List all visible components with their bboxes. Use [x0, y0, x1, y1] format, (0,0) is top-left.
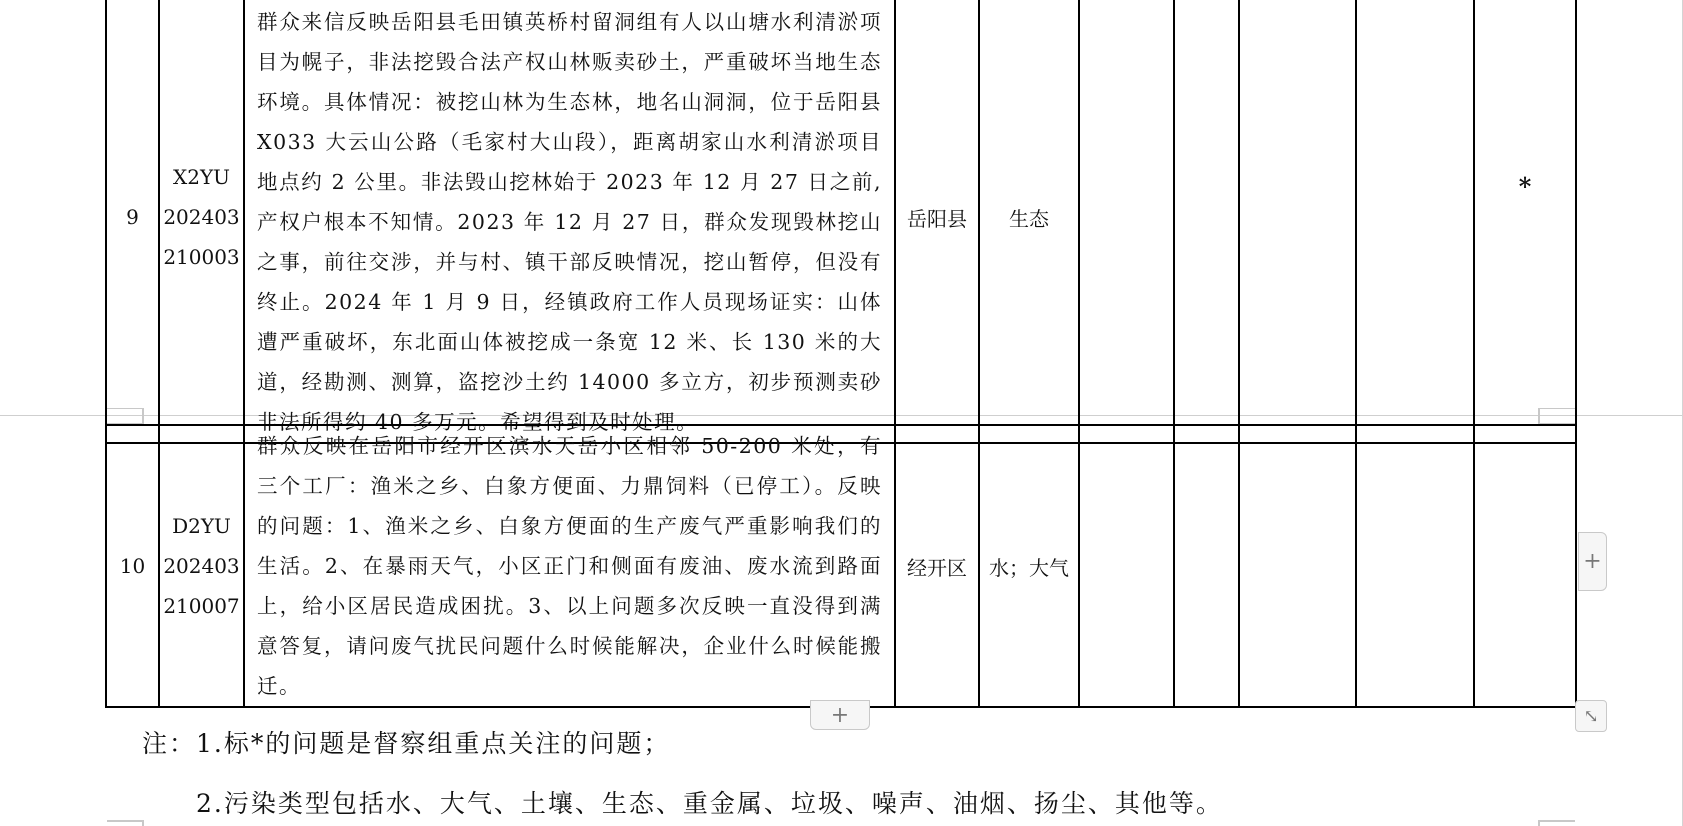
cell-empty[interactable] [1174, 0, 1239, 443]
cell-index[interactable]: 10 [106, 425, 159, 707]
page-corner-mark [1538, 820, 1575, 826]
code-line: 210007 [163, 594, 239, 618]
code-line: D2YU [172, 514, 231, 538]
issue-table-row-9: 9 X2YU202403210003 群众来信反映岳阳县毛田镇英桥村留洞组有人以… [105, 0, 1577, 444]
plus-icon: + [1583, 549, 1601, 574]
cell-district[interactable]: 岳阳县 [895, 0, 979, 443]
cell-index[interactable]: 9 [106, 0, 159, 443]
cell-key-focus[interactable]: * [1474, 0, 1576, 443]
cell-empty[interactable] [1239, 425, 1356, 707]
add-row-button[interactable]: + [810, 700, 870, 730]
cell-pollution-type[interactable]: 生态 [979, 0, 1079, 443]
note-line-2: 2.污染类型包括水、大气、土壤、生态、重金属、垃圾、噪声、油烟、扬尘、其他等。 [196, 784, 1223, 820]
cell-empty[interactable] [1356, 0, 1474, 443]
table-row: 10 D2YU202403210007 群众反映在岳阳市经开区滨水天岳小区相邻 … [106, 425, 1576, 707]
code-line: 210003 [163, 245, 239, 269]
code-line: 202403 [163, 554, 239, 578]
cell-key-focus[interactable] [1474, 425, 1576, 707]
code-line: 202403 [163, 205, 239, 229]
cell-code[interactable]: X2YU202403210003 [159, 0, 244, 443]
page-corner-mark [107, 820, 144, 826]
cell-pollution-type[interactable]: 水；大气 [979, 425, 1079, 707]
note-line-1: 注：1.标*的问题是督察组重点关注的问题； [142, 724, 670, 760]
cell-empty[interactable] [1356, 425, 1474, 707]
cell-empty[interactable] [1079, 425, 1174, 707]
cell-empty[interactable] [1079, 0, 1174, 443]
add-column-button[interactable]: + [1578, 532, 1607, 591]
cell-district[interactable]: 经开区 [895, 425, 979, 707]
table-resize-handle[interactable]: ⤡ [1575, 700, 1607, 732]
issue-table-row-10: 10 D2YU202403210007 群众反映在岳阳市经开区滨水天岳小区相邻 … [105, 424, 1577, 708]
cell-empty[interactable] [1239, 0, 1356, 443]
cell-empty[interactable] [1174, 425, 1239, 707]
plus-icon: + [831, 703, 849, 728]
table-row: 9 X2YU202403210003 群众来信反映岳阳县毛田镇英桥村留洞组有人以… [106, 0, 1576, 443]
code-line: X2YU [173, 165, 230, 189]
cell-content[interactable]: 群众反映在岳阳市经开区滨水天岳小区相邻 50-200 米处，有三个工厂：渔米之乡… [244, 425, 895, 707]
cell-content[interactable]: 群众来信反映岳阳县毛田镇英桥村留洞组有人以山塘水利清淤项目为幌子，非法挖毁合法产… [244, 0, 895, 443]
cell-code[interactable]: D2YU202403210007 [159, 425, 244, 707]
resize-diagonal-icon: ⤡ [1583, 706, 1598, 727]
